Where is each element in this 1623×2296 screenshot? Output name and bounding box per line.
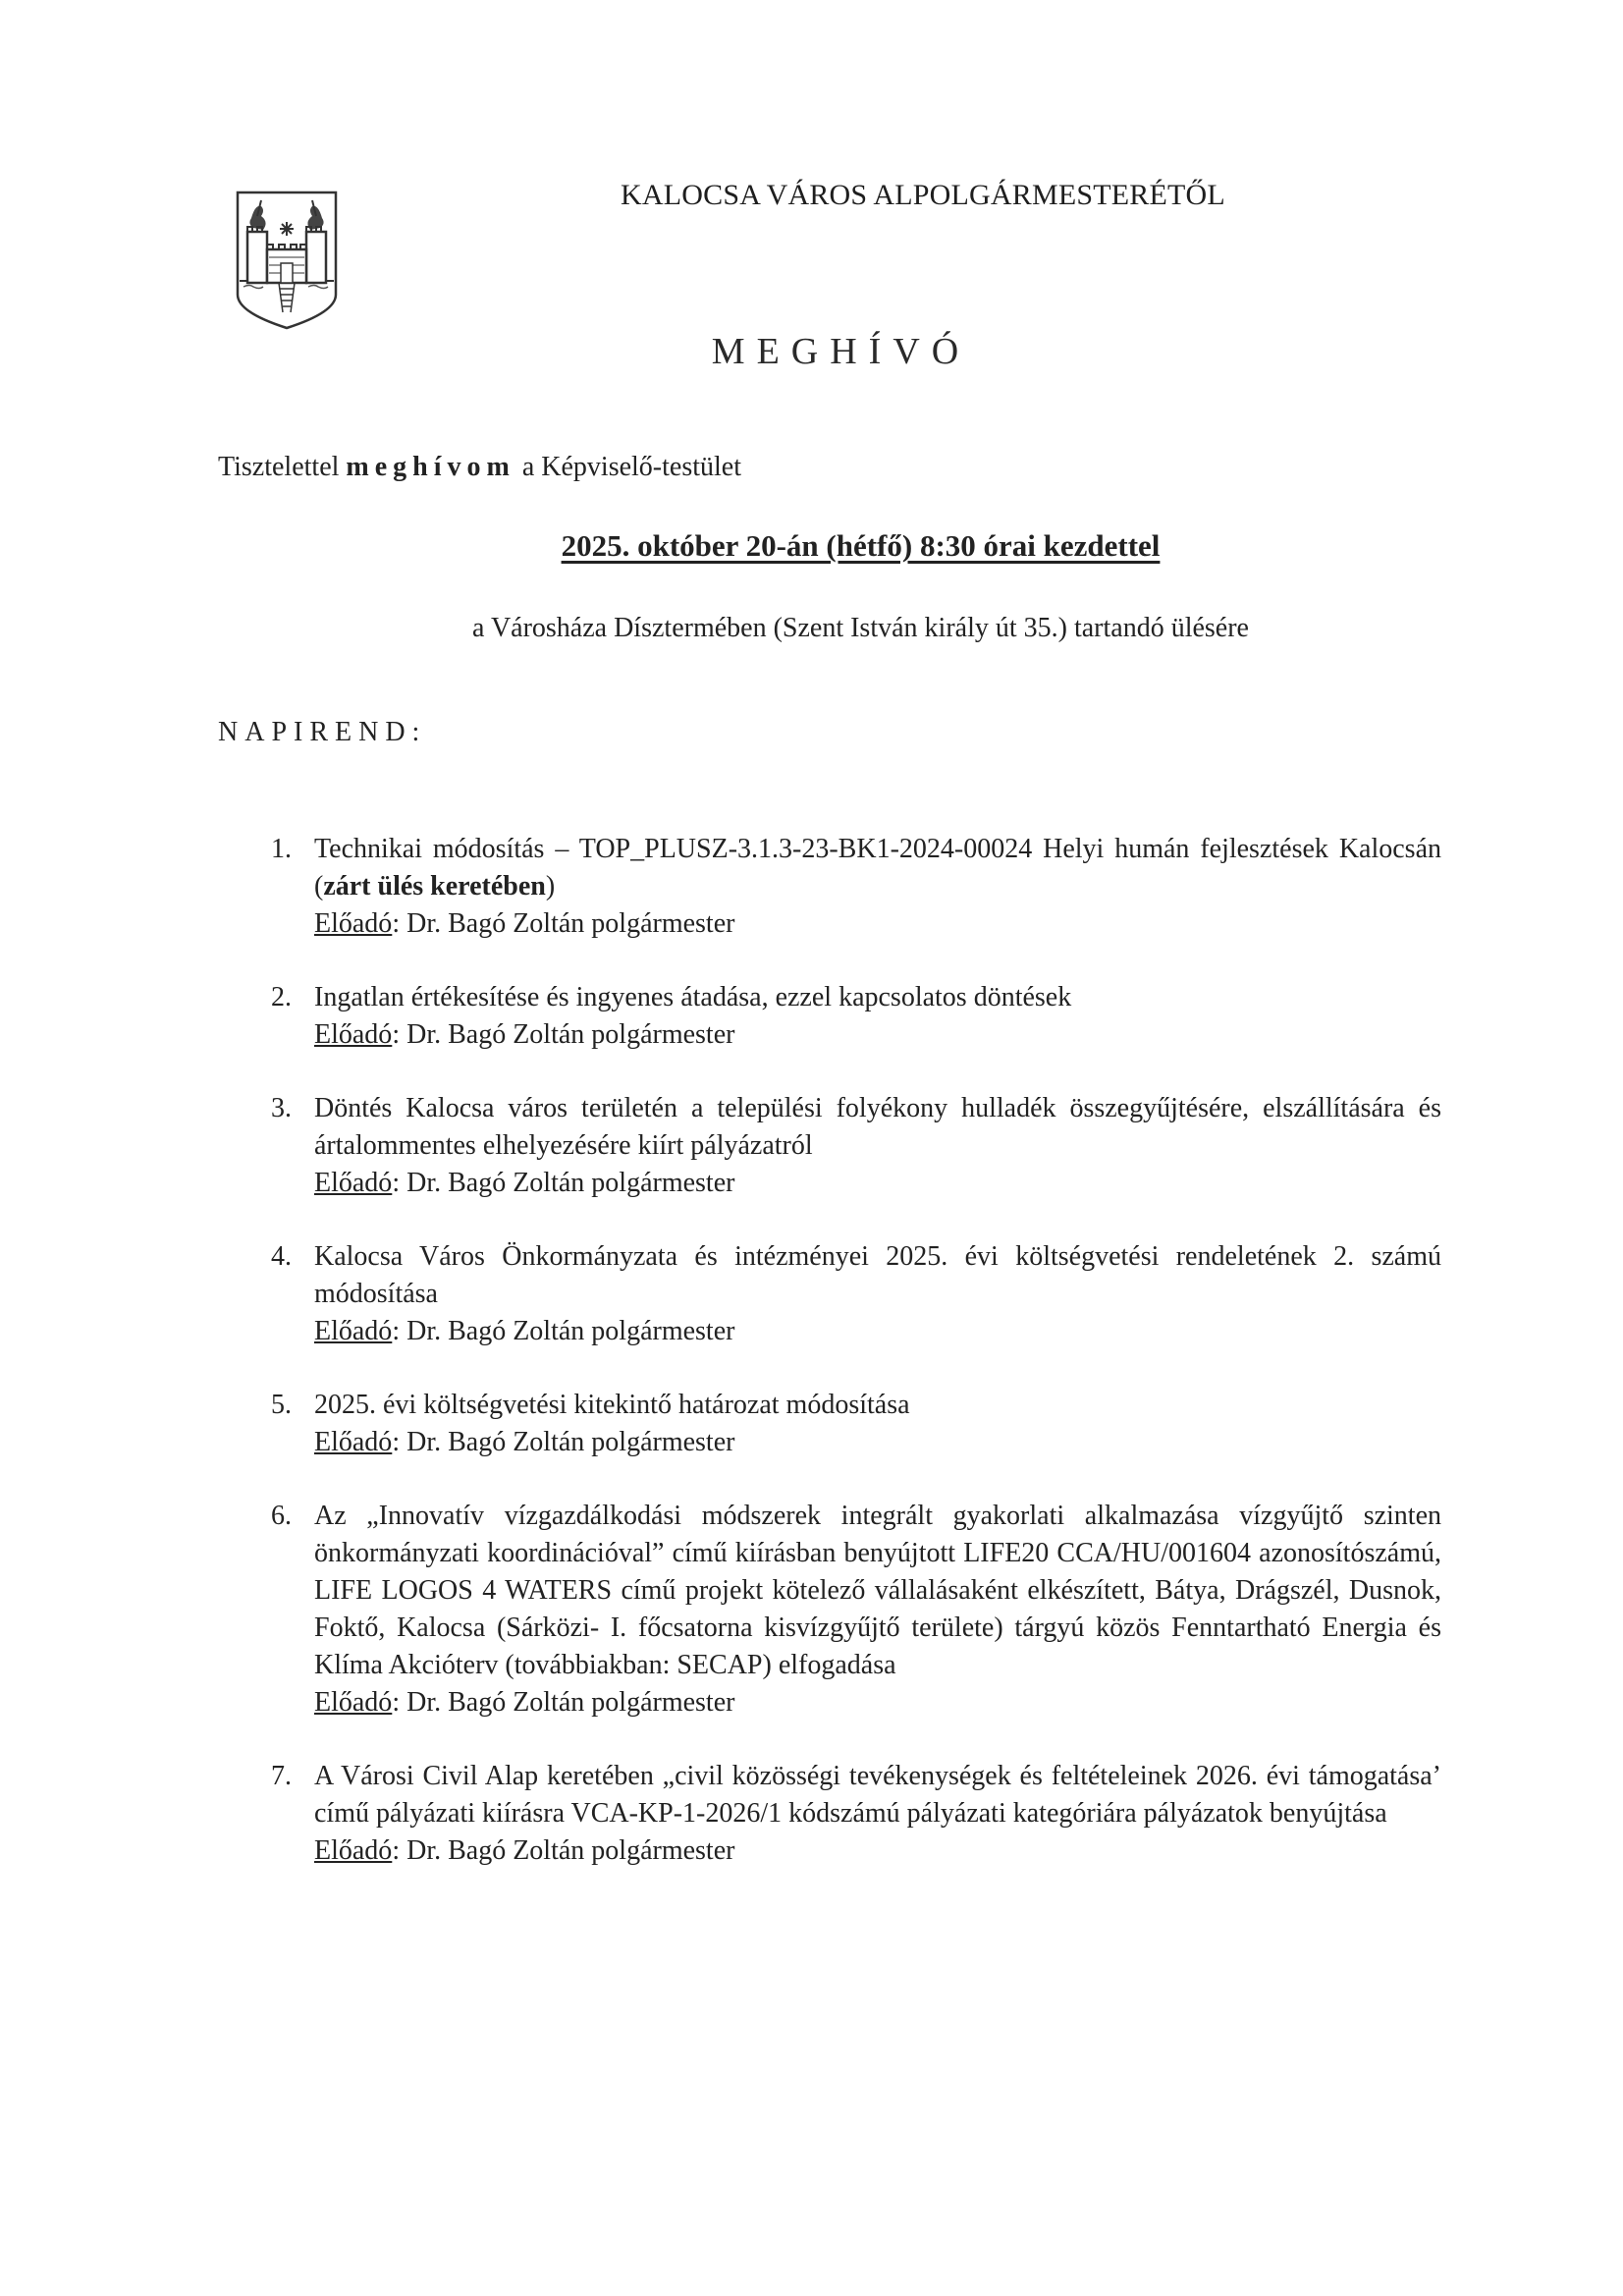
presenter-label: Előadó — [314, 1835, 392, 1866]
agenda-item-presenter: Előadó: Dr. Bagó Zoltán polgármester — [314, 1165, 1441, 1202]
salutation-suffix: a Képviselő-testület — [522, 452, 741, 482]
presenter-name: Dr. Bagó Zoltán polgármester — [406, 1316, 734, 1346]
agenda-item-title: A Városi Civil Alap keretében „civil köz… — [314, 1758, 1441, 1832]
kalocsa-coat-of-arms-icon — [232, 187, 342, 332]
agenda-item-presenter: Előadó: Dr. Bagó Zoltán polgármester — [314, 1016, 1441, 1054]
agenda-item: 3. Döntés Kalocsa város területén a tele… — [271, 1090, 1441, 1202]
agenda-item: 2. Ingatlan értékesítése és ingyenes áta… — [271, 979, 1441, 1054]
agenda-item-number: 4. — [271, 1238, 292, 1276]
agenda-item-title: Technikai módosítás – TOP_PLUSZ-3.1.3-23… — [314, 831, 1441, 905]
agenda-item: 4. Kalocsa Város Önkormányzata és intézm… — [271, 1238, 1441, 1350]
salutation-emphasis: meghívom — [346, 452, 514, 482]
presenter-name: Dr. Bagó Zoltán polgármester — [406, 1427, 734, 1457]
presenter-name: Dr. Bagó Zoltán polgármester — [406, 1019, 734, 1050]
meeting-location: a Városháza Dísztermében (Szent István k… — [0, 613, 1623, 644]
agenda-item-presenter: Előadó: Dr. Bagó Zoltán polgármester — [314, 1684, 1441, 1722]
presenter-label: Előadó — [314, 1316, 392, 1346]
agenda-item-presenter: Előadó: Dr. Bagó Zoltán polgármester — [314, 905, 1441, 943]
agenda-item-number: 7. — [271, 1758, 292, 1795]
presenter-label: Előadó — [314, 1427, 392, 1457]
presenter-label: Előadó — [314, 908, 392, 939]
agenda-item: 1. Technikai módosítás – TOP_PLUSZ-3.1.3… — [271, 831, 1441, 943]
agenda-item-number: 2. — [271, 979, 292, 1016]
agenda-item-presenter: Előadó: Dr. Bagó Zoltán polgármester — [314, 1832, 1441, 1870]
agenda-item: 6. Az „Innovatív vízgazdálkodási módszer… — [271, 1498, 1441, 1722]
agenda-item-number: 6. — [271, 1498, 292, 1535]
document-page: KALOCSA VÁROS ALPOLGÁRMESTERÉTŐL MEGHÍVÓ… — [0, 0, 1623, 2296]
presenter-name: Dr. Bagó Zoltán polgármester — [406, 1168, 734, 1198]
agenda-item: 5. 2025. évi költségvetési kitekintő hat… — [271, 1387, 1441, 1461]
presenter-name: Dr. Bagó Zoltán polgármester — [406, 908, 734, 939]
agenda-item-title: Ingatlan értékesítése és ingyenes átadás… — [314, 979, 1441, 1016]
agenda-item-number: 1. — [271, 831, 292, 868]
salutation-prefix: Tisztelettel — [218, 452, 339, 482]
closed-session-note: zárt ülés keretében — [323, 871, 546, 902]
presenter-name: Dr. Bagó Zoltán polgármester — [406, 1835, 734, 1866]
agenda-item-presenter: Előadó: Dr. Bagó Zoltán polgármester — [314, 1424, 1441, 1461]
agenda-item-number: 5. — [271, 1387, 292, 1424]
agenda-item-title: Az „Innovatív vízgazdálkodási módszerek … — [314, 1498, 1441, 1684]
agenda-heading: NAPIREND: — [218, 717, 426, 748]
presenter-label: Előadó — [314, 1019, 392, 1050]
agenda-item-title: Döntés Kalocsa város területén a települ… — [314, 1090, 1441, 1165]
document-title: MEGHÍVÓ — [0, 330, 1623, 373]
agenda-item: 7. A Városi Civil Alap keretében „civil … — [271, 1758, 1441, 1870]
presenter-label: Előadó — [314, 1168, 392, 1198]
meeting-date-time-text: 2025. október 20-án (hétfő) 8:30 órai ke… — [562, 528, 1161, 563]
agenda-list: 1. Technikai módosítás – TOP_PLUSZ-3.1.3… — [271, 831, 1441, 1906]
issuer-heading: KALOCSA VÁROS ALPOLGÁRMESTERÉTŐL — [550, 179, 1296, 212]
agenda-item-title: 2025. évi költségvetési kitekintő határo… — [314, 1387, 1441, 1424]
agenda-item-title: Kalocsa Város Önkormányzata és intézmény… — [314, 1238, 1441, 1313]
agenda-item-number: 3. — [271, 1090, 292, 1127]
meeting-date-time: 2025. október 20-án (hétfő) 8:30 órai ke… — [0, 528, 1623, 564]
presenter-label: Előadó — [314, 1687, 392, 1718]
agenda-item-presenter: Előadó: Dr. Bagó Zoltán polgármester — [314, 1313, 1441, 1350]
invitation-salutation: Tisztelettel meghívom a Képviselő-testül… — [218, 452, 741, 483]
presenter-name: Dr. Bagó Zoltán polgármester — [406, 1687, 734, 1718]
